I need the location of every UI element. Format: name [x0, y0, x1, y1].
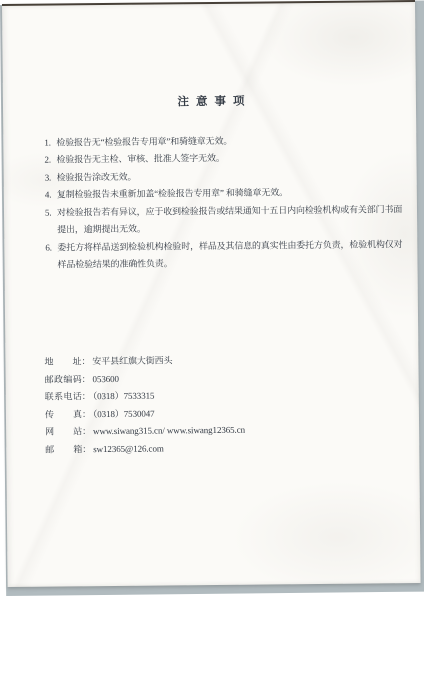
contact-label: 传真: [45, 405, 82, 423]
contact-value: 053600: [92, 373, 119, 383]
note-number: 4.: [45, 186, 57, 204]
contact-value: （0318）7533315: [93, 390, 155, 401]
contact-colon: ：: [82, 426, 91, 436]
note-number: 2.: [44, 151, 56, 169]
page-title: 注意事项: [3, 91, 416, 111]
contact-row-email: 邮箱：sw12365@126.com: [45, 437, 405, 458]
contact-colon: ：: [82, 443, 91, 453]
contact-label: 网站: [45, 423, 82, 441]
contact-colon: ：: [82, 391, 91, 401]
note-item: 6. 委托方将样品送到检验机构检验时，样品及其信息的真实性由委托方负责，检验机构…: [45, 235, 412, 274]
note-number: 5.: [45, 203, 57, 238]
contact-value: （0318）7530047: [93, 408, 155, 419]
contact-colon: ：: [82, 408, 91, 418]
note-text: 委托方将样品送到检验机构检验时，样品及其信息的真实性由委托方负责，检验机构仅对样…: [57, 235, 410, 273]
contact-colon: ：: [81, 356, 90, 366]
contact-label: 地址: [44, 353, 81, 371]
note-text: 对检验报告若有异议，应于收到检验报告或结果通知十五日内向检验机构或有关部门书面提…: [57, 200, 410, 238]
notes-list: 1. 检验报告无“检验报告专用章”和骑缝章无效。 2. 检验报告无主检、审核、批…: [44, 130, 412, 274]
note-number: 6.: [45, 238, 57, 273]
contact-value: 安平县红旗大街西头: [92, 355, 172, 366]
contact-label: 邮政编码: [45, 370, 82, 388]
contact-value: www.siwang315.cn/ www.siwang12365.cn: [93, 424, 245, 435]
contact-label: 联系电话: [45, 388, 82, 406]
scanned-document: 注意事项 1. 检验报告无“检验报告专用章”和骑缝章无效。 2. 检验报告无主检…: [0, 0, 424, 700]
note-number: 1.: [44, 133, 56, 151]
contact-value: sw12365@126.com: [93, 442, 164, 453]
paper-page: 注意事项 1. 检验报告无“检验报告专用章”和骑缝章无效。 2. 检验报告无主检…: [2, 0, 421, 586]
contact-colon: ：: [82, 373, 91, 383]
contact-label: 邮箱: [45, 440, 82, 458]
contact-block: 地址：安平县红旗大街西头 邮政编码：053600 联系电话：（0318）7533…: [44, 350, 405, 458]
note-number: 3.: [45, 168, 57, 186]
note-item: 5. 对检验报告若有异议，应于收到检验报告或结果通知十五日内向检验机构或有关部门…: [45, 200, 412, 239]
